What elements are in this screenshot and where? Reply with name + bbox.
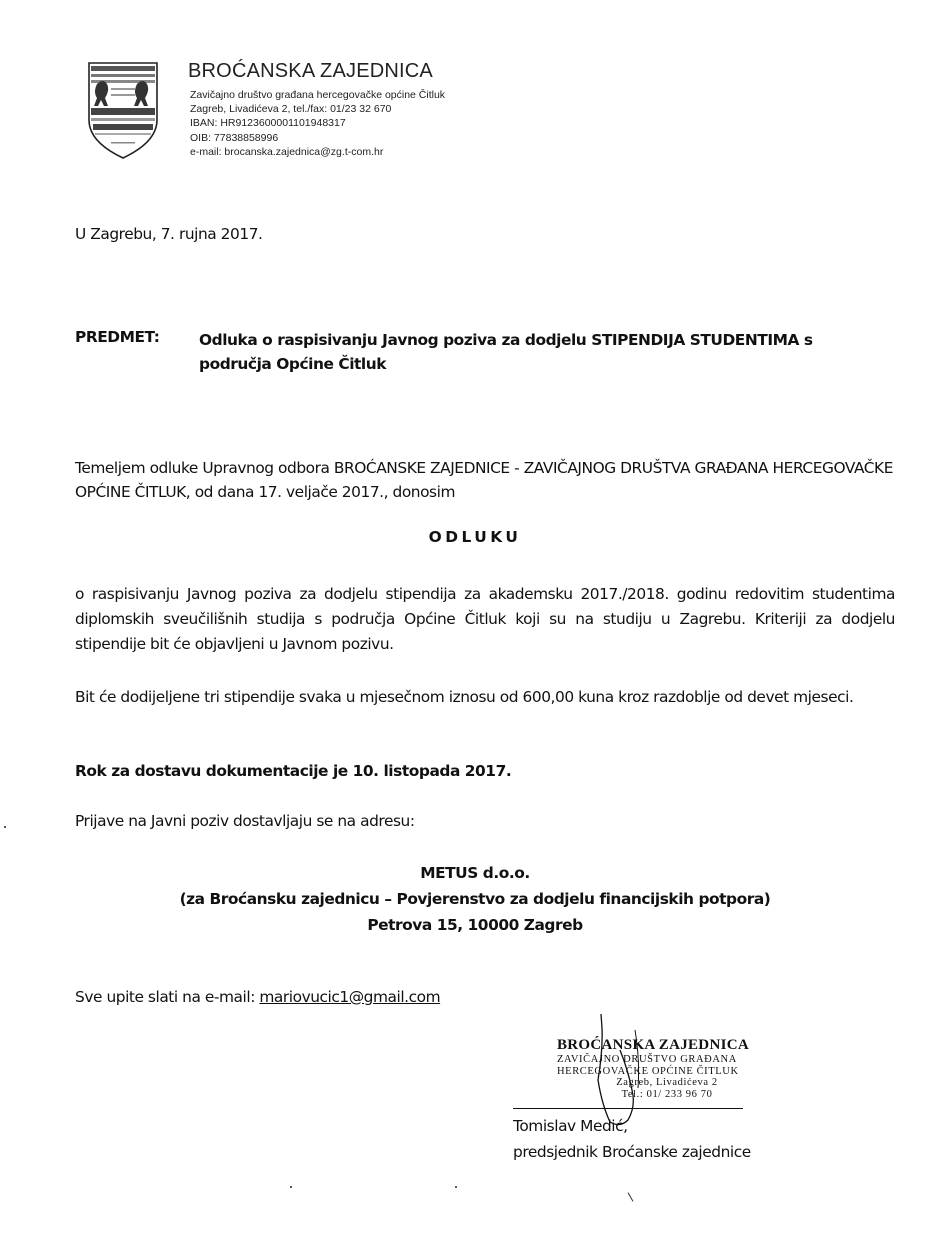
decision-paragraph-2: Bit će dodijeljene tri stipendije svaka …	[75, 685, 895, 710]
scan-speck	[4, 826, 6, 828]
contact-email-link[interactable]: mariovucic1@gmail.com	[259, 988, 440, 1006]
coat-of-arms-shield-icon	[87, 60, 159, 160]
scan-speck	[290, 1186, 292, 1188]
submission-intro: Prijave na Javni poziv dostavljaju se na…	[75, 812, 415, 830]
letterhead-email: e-mail: brocanska.zajednica@zg.t-com.hr	[190, 145, 445, 159]
address-street: Petrova 15, 10000 Zagreb	[0, 912, 950, 938]
signatory-name: Tomislav Medić,	[513, 1113, 751, 1139]
handwritten-signature-icon	[540, 1010, 700, 1130]
contact-prefix: Sve upite slati na e-mail:	[75, 988, 259, 1006]
address-company: METUS d.o.o.	[0, 860, 950, 886]
subject-text: Odluka o raspisivanju Javnog poziva za d…	[199, 328, 879, 376]
submission-address: METUS d.o.o. (za Broćansku zajednicu – P…	[0, 860, 950, 938]
letterhead-oib: OIB: 77838858996	[190, 131, 445, 145]
signatory-title: predsjednik Broćanske zajednice	[513, 1139, 751, 1165]
decision-paragraph-1: o raspisivanju Javnog poziva za dodjelu …	[75, 582, 895, 657]
signature-line	[513, 1108, 743, 1109]
letterhead-subtitle: Zavičajno društvo građana hercegovačke o…	[190, 88, 445, 102]
contact-line: Sve upite slati na e-mail: mariovucic1@g…	[75, 988, 440, 1006]
letterhead-details: Zavičajno društvo građana hercegovačke o…	[190, 88, 445, 159]
organization-name: BROĆANSKA ZAJEDNICA	[188, 60, 433, 83]
subject-label: PREDMET:	[75, 328, 159, 346]
deadline-statement: Rok za dostavu dokumentacije je 10. list…	[75, 762, 511, 780]
scan-mark	[628, 1192, 634, 1201]
scan-speck	[455, 1186, 457, 1188]
place-date: U Zagrebu, 7. rujna 2017.	[75, 225, 263, 243]
letterhead-address: Zagreb, Livadićeva 2, tel./fax: 01/23 32…	[190, 102, 445, 116]
signatory-block: Tomislav Medić, predsjednik Broćanske za…	[513, 1113, 751, 1165]
letterhead-iban: IBAN: HR9123600001101948317	[190, 116, 445, 130]
decision-heading: ODLUKU	[0, 528, 950, 546]
address-recipient: (za Broćansku zajednicu – Povjerenstvo z…	[0, 886, 950, 912]
intro-paragraph: Temeljem odluke Upravnog odbora BROĆANSK…	[75, 456, 895, 504]
